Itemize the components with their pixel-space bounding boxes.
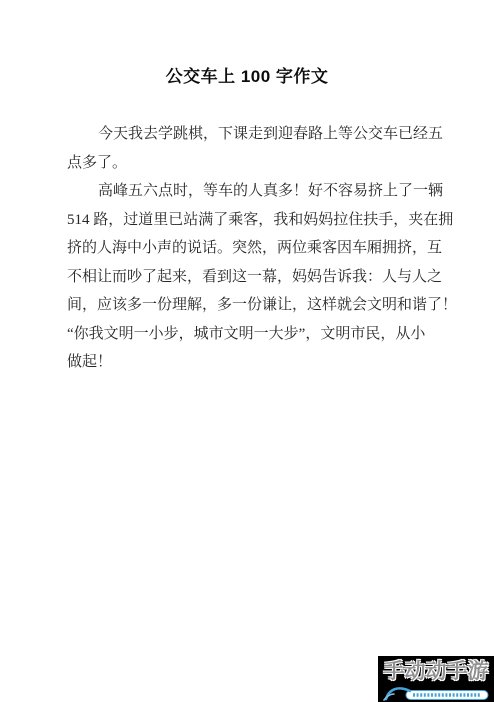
essay-title: 公交车上 100 字作文 (0, 0, 494, 87)
essay-line: 高峰五六点时，等车的人真多！好不容易挤上了一辆 (67, 177, 449, 206)
watermark-swoosh-icon (380, 684, 492, 701)
essay-line: 514 路，过道里已站满了乘客，我和妈妈拉住扶手，夹在拥 (67, 206, 449, 235)
watermark-logo-text: 手动动手游 (378, 659, 494, 685)
watermark-badge: 手动动手游 (378, 656, 494, 702)
essay-line: 做起！ (67, 348, 449, 377)
essay-line: 不相让而吵了起来，看到这一幕，妈妈告诉我：人与人之 (67, 263, 449, 292)
essay-line: “你我文明一小步，城市文明一大步”，文明市民，从小 (67, 320, 449, 349)
essay-body: 今天我去学跳棋，下课走到迎春路上等公交车已经五 点多了。 高峰五六点时，等车的人… (67, 120, 449, 377)
essay-line: 点多了。 (67, 149, 449, 178)
essay-page: 公交车上 100 字作文 今天我去学跳棋，下课走到迎春路上等公交车已经五 点多了… (0, 0, 494, 702)
essay-line: 挤的人海中小声的说话。突然，两位乘客因车厢拥挤，互 (67, 234, 449, 263)
essay-line: 间，应该多一份理解，多一份谦让，这样就会文明和谐了！ (67, 291, 449, 320)
essay-line: 今天我去学跳棋，下课走到迎春路上等公交车已经五 (67, 120, 449, 149)
